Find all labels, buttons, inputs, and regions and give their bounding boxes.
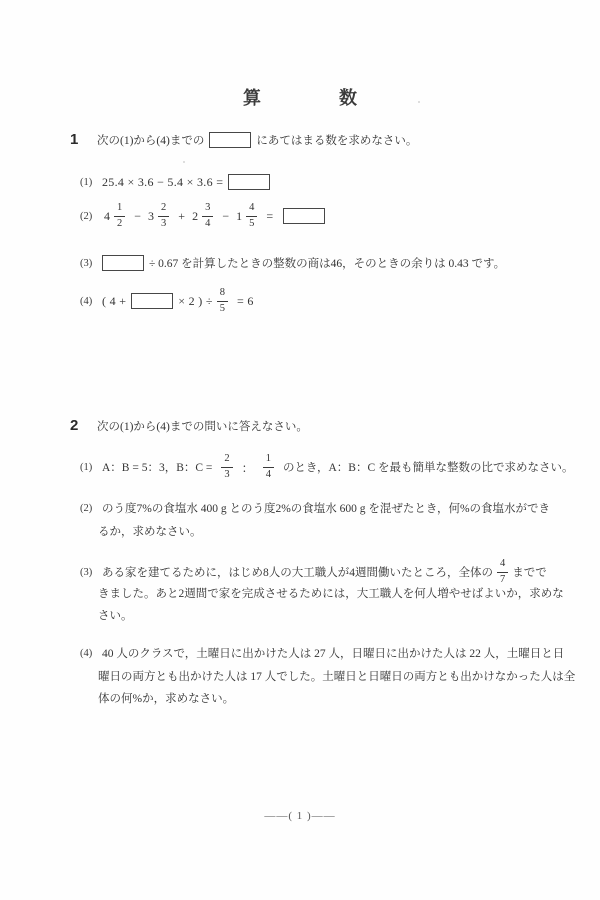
fraction-denominator: 3	[158, 216, 169, 230]
fraction: 1 2	[114, 203, 125, 229]
operator: −	[134, 209, 141, 224]
answer-box	[228, 174, 270, 190]
answer-box	[209, 132, 251, 148]
fraction-denominator: 5	[246, 216, 257, 230]
question-2-intro: 次の(1)から(4)までの問いに答えなさい。	[97, 418, 308, 434]
ratio-text-before: A：B = 5：3，B：C =	[102, 459, 212, 475]
fraction-numerator: 1	[263, 454, 274, 467]
fraction-numerator: 4	[497, 559, 508, 572]
part-label: (4)	[80, 296, 102, 307]
fraction-denominator: 5	[217, 301, 228, 315]
ratio-colon: ：	[242, 459, 254, 476]
part-label: (2)	[80, 503, 102, 514]
expression: 25.4 × 3.6 − 5.4 × 3.6 =	[102, 175, 223, 190]
q1-part-1: (1) 25.4 × 3.6 − 5.4 × 3.6 =	[80, 174, 275, 190]
q2-part-2-line-1: (2) のう度7%の食塩水 400 g とのう度2%の食塩水 600 g を混ぜ…	[80, 500, 550, 516]
problem-text-after-fraction: までで	[512, 564, 547, 580]
question-1-intro: 次の(1)から(4)までの にあてはまる数を求めなさい。	[97, 132, 417, 148]
problem-text: ÷ 0.67 を計算したときの整数の商は46，そのときの余りは 0.43 です。	[149, 255, 505, 271]
q2-part-4-line-2: 曜日の両方とも出かけた人は 17 人でした。土曜日と日曜日の両方とも出かけなかっ…	[98, 668, 575, 684]
operator: −	[222, 209, 229, 224]
fraction-numerator: 2	[158, 203, 169, 216]
fraction: 3 4	[202, 203, 213, 229]
q1-part-4: (4) ( 4 + × 2 ) ÷ 8 5 = 6	[80, 284, 254, 318]
equals-sign: =	[266, 209, 273, 224]
exam-page: 算 数 1 次の(1)から(4)までの にあてはまる数を求めなさい。 (1) 2…	[0, 0, 600, 900]
problem-text: 40 人のクラスで，土曜日に出かけた人は 27 人，日曜日に出かけた人は 22 …	[102, 645, 564, 661]
title-char-left: 算	[243, 84, 261, 110]
part-label: (1)	[80, 462, 102, 473]
title-char-right: 数	[339, 84, 357, 110]
q1-part-3: (3) ÷ 0.67 を計算したときの整数の商は46，そのときの余りは 0.43…	[80, 255, 505, 271]
fraction: 4 7	[497, 559, 508, 585]
q2-part-2-line-2: るか，求めなさい。	[98, 523, 202, 539]
operator: +	[178, 209, 185, 224]
q2-part-4-line-3: 体の何%か，求めなさい。	[98, 690, 234, 706]
part-label: (3)	[80, 567, 102, 578]
problem-text: のう度7%の食塩水 400 g とのう度2%の食塩水 600 g を混ぜたとき，…	[102, 500, 550, 516]
answer-box	[131, 293, 173, 309]
part-label: (2)	[80, 211, 102, 222]
ratio-text-after: のとき，A：B：C を最も簡単な整数の比で求めなさい。	[283, 459, 574, 475]
fraction-numerator: 8	[217, 288, 228, 301]
scan-speckle	[418, 101, 420, 103]
part-label: (3)	[80, 258, 102, 269]
part-label: (4)	[80, 648, 102, 659]
part-label: (1)	[80, 177, 102, 188]
q2-part-4-line-1: (4) 40 人のクラスで，土曜日に出かけた人は 27 人，日曜日に出かけた人は…	[80, 645, 564, 661]
fraction-numerator: 1	[114, 203, 125, 216]
answer-box	[102, 255, 144, 271]
mixed-number-whole: 3	[148, 209, 154, 224]
page-number-footer: ——( 1 )——	[0, 810, 600, 822]
q2-part-3-line-2: きました。あと2週間で家を完成させるためには，大工職人を何人増やせばよいか，求め…	[98, 585, 564, 601]
problem-text-before-fraction: ある家を建てるために，はじめ8人の大工職人が4週間働いたところ，全体の	[102, 564, 493, 580]
mixed-number-whole: 2	[192, 209, 198, 224]
expression-after-box: × 2 ) ÷	[178, 294, 212, 309]
answer-box	[283, 208, 325, 224]
expression-tail: = 6	[237, 294, 254, 309]
intro-text-after: にあてはまる数を求めなさい。	[256, 132, 417, 148]
question-2-number: 2	[70, 417, 97, 434]
scan-speckle	[183, 161, 185, 163]
fraction-numerator: 4	[246, 203, 257, 216]
fraction-denominator: 4	[202, 216, 213, 230]
intro-text-before: 次の(1)から(4)までの	[97, 132, 204, 148]
mixed-number-whole: 1	[236, 209, 242, 224]
question-1-header: 1 次の(1)から(4)までの にあてはまる数を求めなさい。	[70, 131, 417, 148]
fraction-numerator: 3	[202, 203, 213, 216]
expression-before-box: ( 4 +	[102, 294, 126, 309]
fraction: 2 3	[221, 454, 232, 480]
fraction: 8 5	[217, 288, 228, 314]
question-1-number: 1	[70, 131, 97, 148]
q2-part-3-line-1: (3) ある家を建てるために，はじめ8人の大工職人が4週間働いたところ，全体の …	[80, 555, 547, 589]
question-2-header: 2 次の(1)から(4)までの問いに答えなさい。	[70, 417, 308, 434]
fraction: 4 5	[246, 203, 257, 229]
fraction-numerator: 2	[221, 454, 232, 467]
fraction-denominator: 7	[497, 572, 508, 586]
fraction-denominator: 2	[114, 216, 125, 230]
q1-part-2: (2) 4 1 2 − 3 2 3 + 2 3 4 − 1 4 5 =	[80, 199, 330, 233]
fraction-denominator: 4	[263, 467, 274, 481]
q2-part-1: (1) A：B = 5：3，B：C = 2 3 ： 1 4 のとき，A：B：C …	[80, 450, 574, 484]
fraction: 1 4	[263, 454, 274, 480]
fraction: 2 3	[158, 203, 169, 229]
q2-part-3-line-3: さい。	[98, 607, 133, 623]
fraction-denominator: 3	[221, 467, 232, 481]
mixed-number-whole: 4	[104, 209, 110, 224]
page-title: 算 数	[0, 84, 600, 110]
